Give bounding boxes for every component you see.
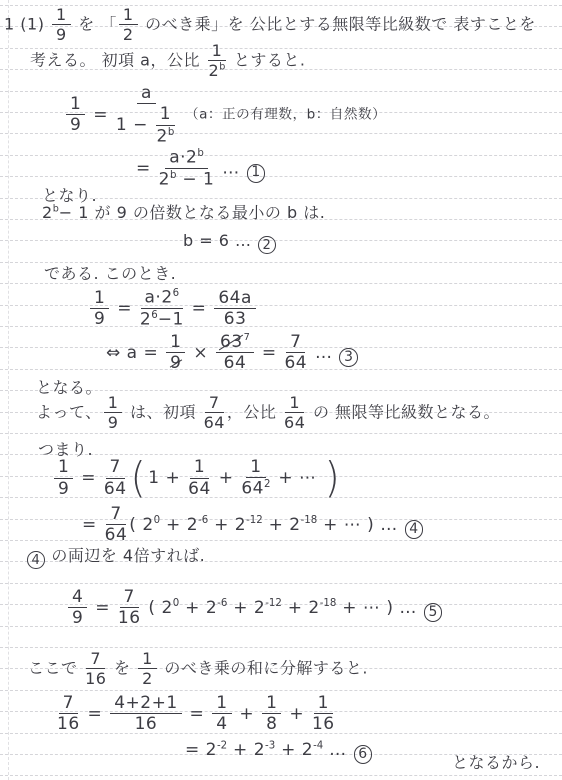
fraction: 12b — [156, 105, 175, 145]
fraction: 19 — [166, 333, 185, 373]
fraction: 19 — [90, 289, 109, 329]
line-tonaru-kara: となるから. — [452, 753, 540, 773]
fraction: 716 — [85, 650, 106, 688]
equation-sum-formula: 19 = a1 − 12b （a：正の有理数，b：自然数） — [64, 84, 386, 146]
equation-3: ⇔ a = 19 × 63764 = 764 … 3 — [106, 333, 359, 373]
line-dearu: である. このとき. — [44, 264, 176, 284]
equation-1: = a·2b2b − 1 … 1 — [136, 148, 266, 189]
cancelled-value: 9 — [170, 354, 181, 372]
equation-2: b = 6 … 2 — [183, 231, 277, 254]
fraction: 164 — [284, 394, 305, 432]
fraction: 764 — [204, 394, 225, 432]
fraction: 764 — [284, 333, 307, 373]
equation-4: = 764( 20 + 2-6 + 2-12 + 2-18 + ⋯ ) … 4 — [82, 505, 424, 545]
fraction: 63764 — [216, 333, 254, 373]
big-parenthesis: ) — [324, 460, 340, 496]
fraction: a1 − 12b — [116, 84, 177, 146]
cancelled-value: 63 — [220, 333, 243, 351]
big-parenthesis: ( — [131, 460, 147, 496]
fraction: 19 — [104, 394, 123, 432]
circled-number: 3 — [339, 348, 358, 367]
line-multiple-condition: 2b− 1 が 9 の倍数となる最小の b は. — [42, 203, 325, 223]
note-content: 1 (1) 19 を 「12 のべき乗」を 公比とする無限等比級数で 表すことを… — [0, 0, 562, 780]
circled-number: 1 — [247, 164, 266, 183]
fraction: 1642 — [241, 458, 270, 498]
fraction: 19 — [66, 95, 85, 135]
fraction: 716 — [57, 694, 80, 734]
notebook-page: 1 (1) 19 を 「12 のべき乗」を 公比とする無限等比級数で 表すことを… — [0, 0, 562, 780]
fraction: 12 — [119, 6, 138, 44]
problem-line-2: 考える。 初項 a，公比 12b とすると. — [30, 42, 305, 80]
fraction: 116 — [312, 694, 335, 734]
equation-substituted: 19 = a·2626−1 = 64a63 — [88, 288, 258, 329]
fraction: a·2b2b − 1 — [159, 148, 215, 189]
fraction: 49 — [68, 588, 87, 628]
line-conclusion: よって、19 は、初項 764，公比 164 の 無限等比級数となる。 — [36, 394, 500, 432]
line-decompose: ここで 716 を 12 のべき乗の和に分解すると. — [28, 650, 368, 688]
fraction: 764 — [104, 458, 127, 498]
fraction: 12b — [208, 42, 227, 80]
fraction: 764 — [105, 505, 128, 545]
circled-number: 4 — [27, 551, 45, 569]
circled-number: 2 — [258, 236, 276, 254]
circled-number: 5 — [424, 603, 443, 622]
problem-line-1: 1 (1) 19 を 「12 のべき乗」を 公比とする無限等比級数で 表すことを — [4, 6, 536, 44]
fraction: 19 — [54, 458, 73, 498]
fraction: 18 — [262, 694, 281, 734]
fraction: 19 — [52, 6, 71, 44]
equation-6: = 2-2 + 2-3 + 2-4 … 6 — [185, 740, 373, 764]
circled-number: 6 — [354, 745, 373, 764]
line-multiply-by-4: 4 の両辺を 4倍すれば. — [26, 546, 205, 569]
fraction: a·2626−1 — [140, 288, 184, 329]
circled-number: 4 — [405, 520, 424, 539]
fraction: 164 — [188, 458, 211, 498]
equation-5: 49 = 716 ( 20 + 2-6 + 2-12 + 2-18 + ⋯ ) … — [66, 588, 443, 628]
fraction: 64a63 — [214, 289, 256, 329]
fraction: 716 — [118, 588, 141, 628]
fraction: 12 — [138, 650, 157, 688]
fraction: 4+2+116 — [110, 694, 181, 734]
equation-decomposition: 716 = 4+2+116 = 14 + 18 + 116 — [55, 694, 337, 734]
equation-series-expanded: 19 = 764(1 + 164 + 1642 + ⋯ ) — [52, 458, 342, 498]
condition-note: （a：正の有理数，b：自然数） — [185, 106, 386, 122]
fraction: 14 — [212, 694, 231, 734]
